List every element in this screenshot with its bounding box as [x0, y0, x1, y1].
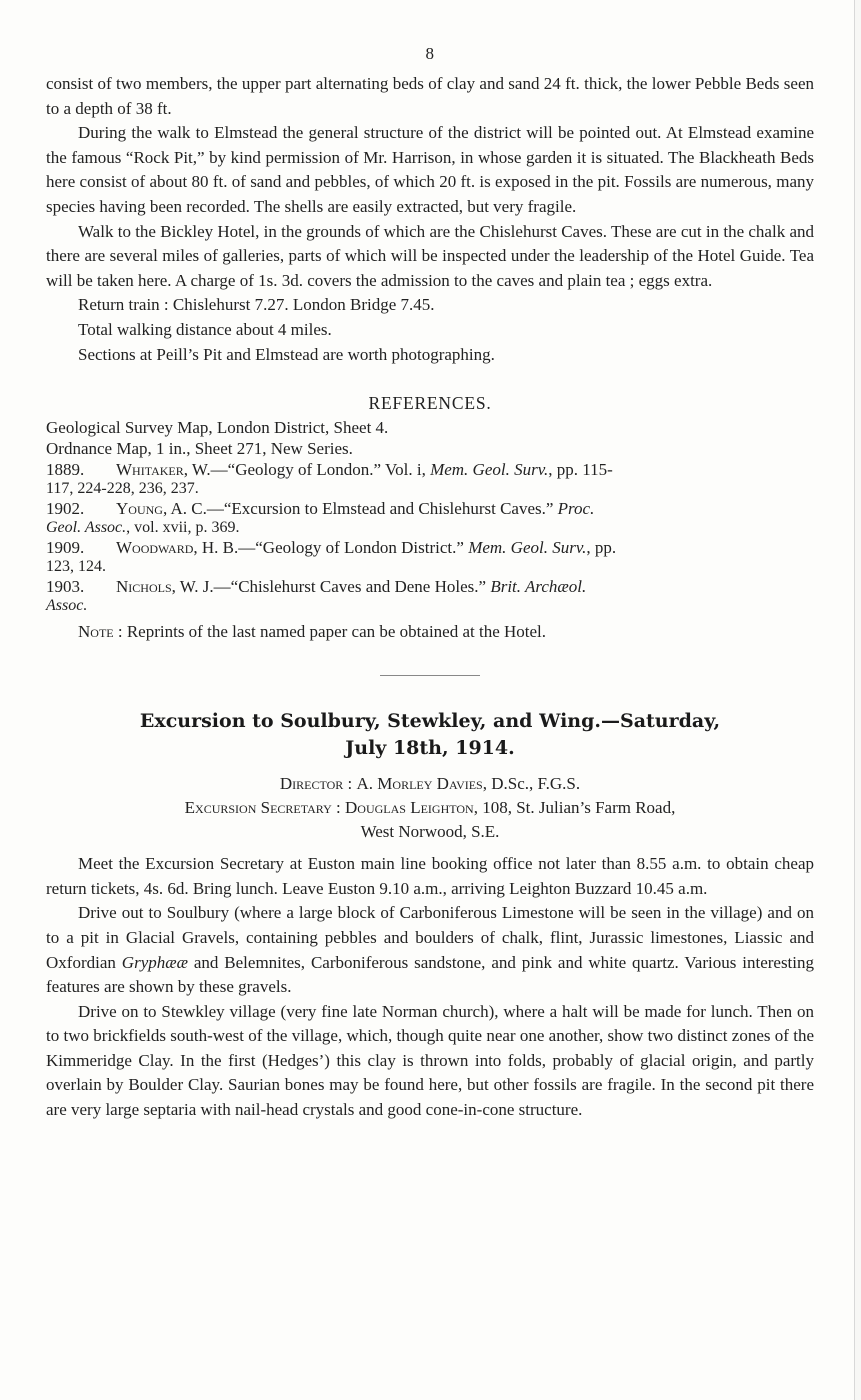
section-divider [380, 675, 480, 676]
reference-year: 1903. [46, 576, 116, 597]
reference-journal: Mem. Geol. Surv. [468, 538, 586, 557]
reference-continuation: Geol. Assoc., vol. xvii, p. 369. [46, 519, 814, 537]
info-photographing: Sections at Peill’s Pit and Elmstead are… [46, 343, 814, 368]
references-heading: REFERENCES. [46, 391, 814, 415]
reference-author: Young, A. C. [116, 499, 207, 518]
intro-paragraph-continued: consist of two members, the upper part a… [46, 72, 814, 121]
reference-map-ordnance: Ordnance Map, 1 in., Sheet 271, New Seri… [46, 438, 814, 459]
info-walking-distance: Total walking distance about 4 miles. [46, 318, 814, 343]
director-line: Director : A. Morley Davies, D.Sc., F.G.… [46, 772, 814, 796]
page-number: 8 [46, 44, 814, 64]
reference-author: Nichols, W. J. [116, 577, 214, 596]
reference-author: Whitaker, W. [116, 460, 211, 479]
excursion-paragraph-stewkley: Drive on to Stewkley village (very fine … [46, 1000, 814, 1123]
excursion-title: Excursion to Soulbury, Stewkley, and Win… [46, 708, 814, 762]
reference-author: Woodward, H. B. [116, 538, 238, 557]
intro-paragraph-bickley: Walk to the Bickley Hotel, in the ground… [46, 220, 814, 294]
excursion-paragraph-meet: Meet the Excursion Secretary at Euston m… [46, 852, 814, 901]
page-edge [854, 0, 861, 1400]
reference-map-geological: Geological Survey Map, London District, … [46, 417, 814, 438]
info-return-train: Return train : Chislehurst 7.27. London … [46, 293, 814, 318]
reference-entry: 1902. Young, A. C.—“Excursion to Elmstea… [46, 498, 814, 537]
reference-continuation: 117, 224-228, 236, 237. [46, 480, 814, 498]
note-label: Note : [78, 622, 123, 641]
reference-continuation: 123, 124. [46, 558, 814, 576]
reference-year: 1909. [46, 537, 116, 558]
intro-paragraph-elmstead: During the walk to Elmstead the general … [46, 121, 814, 219]
reference-continuation: Assoc. [46, 597, 814, 615]
reference-year: 1902. [46, 498, 116, 519]
excursion-paragraph-soulbury: Drive out to Soulbury (where a large blo… [46, 901, 814, 999]
reference-year: 1889. [46, 459, 116, 480]
reference-entry: 1903. Nichols, W. J.—“Chislehurst Caves … [46, 576, 814, 615]
secretary-line: Excursion Secretary : Douglas Leighton, … [46, 796, 814, 820]
reference-journal: Brit. Archæol. [490, 577, 586, 596]
references-note: Note : Reprints of the last named paper … [46, 621, 814, 643]
secretary-address: West Norwood, S.E. [46, 820, 814, 844]
reference-journal: Mem. Geol. Surv. [430, 460, 548, 479]
reference-entry: 1889. Whitaker, W.—“Geology of London.” … [46, 459, 814, 498]
reference-journal: Proc. [558, 499, 595, 518]
excursion-officers: Director : A. Morley Davies, D.Sc., F.G.… [46, 772, 814, 844]
document-page: 8 consist of two members, the upper part… [46, 44, 814, 1123]
reference-entry: 1909. Woodward, H. B.—“Geology of London… [46, 537, 814, 576]
